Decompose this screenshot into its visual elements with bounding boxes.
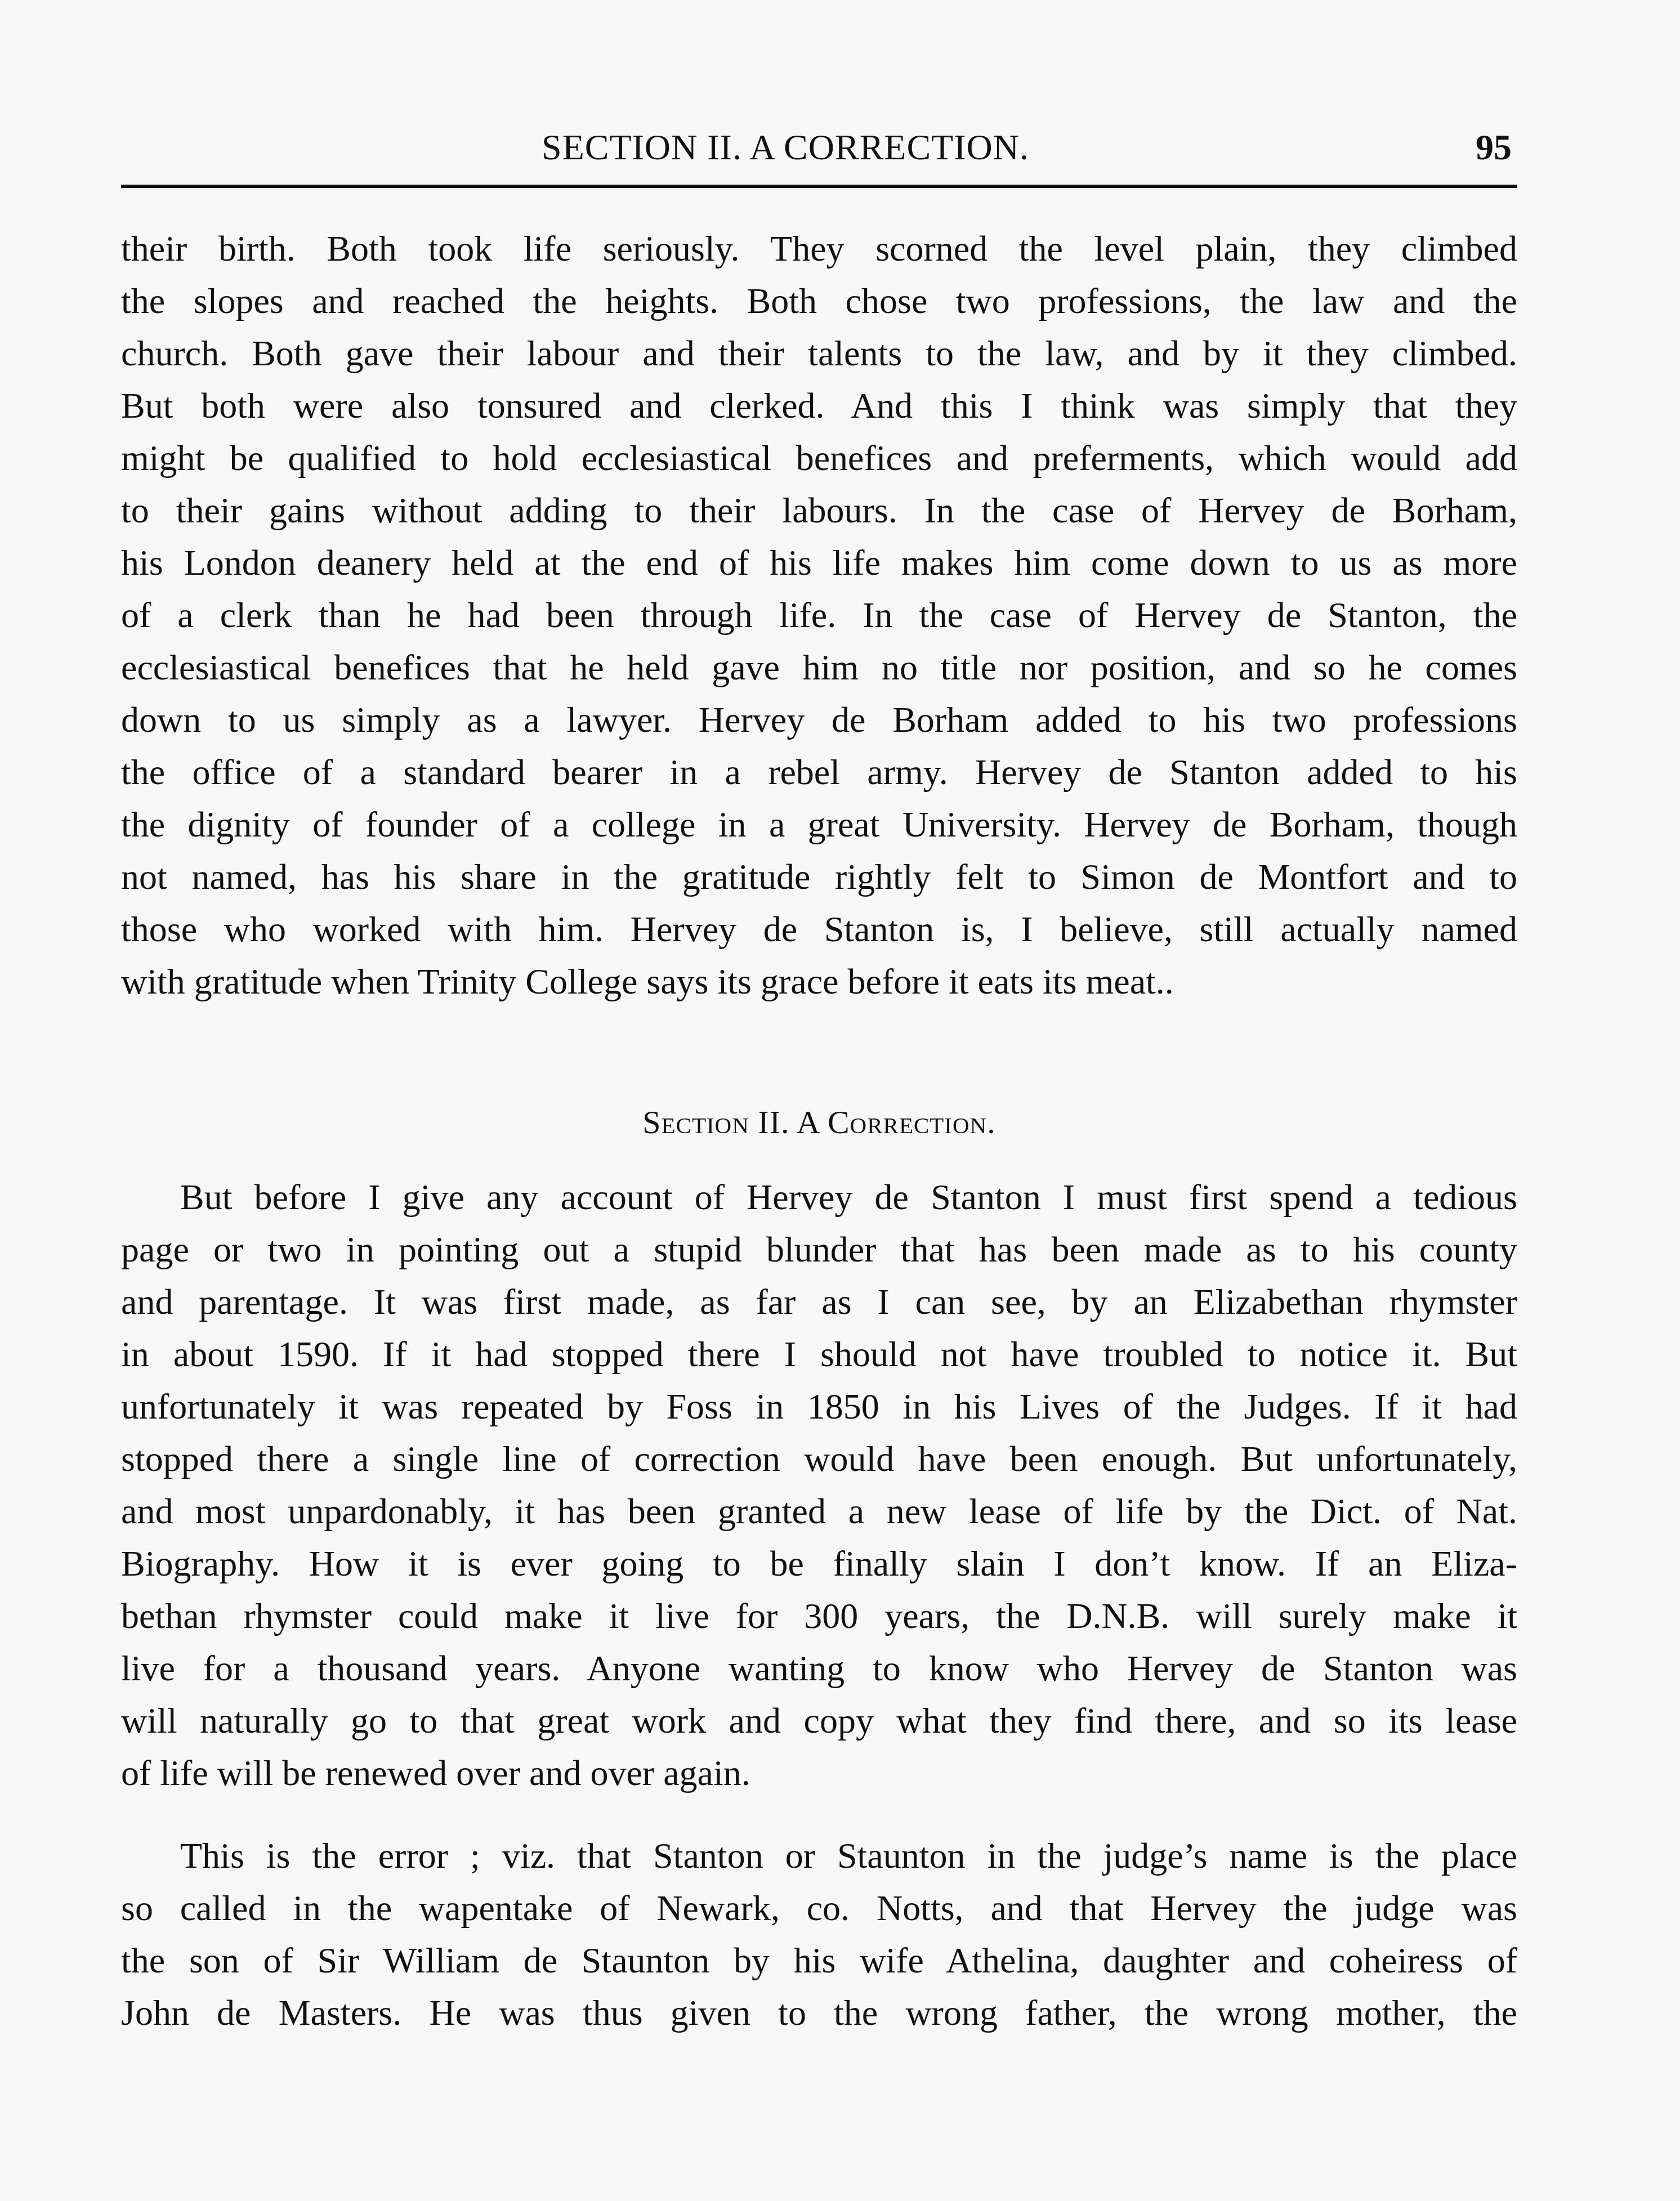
text-line: ecclesiastical benefices that he held ga…	[121, 641, 1517, 694]
text-line: the slopes and reached the heights. Both…	[121, 275, 1517, 327]
text-line: the office of a standard bearer in a reb…	[121, 746, 1517, 798]
text-line: their birth. Both took life seriously. T…	[121, 222, 1517, 275]
text-line: will naturally go to that great work and…	[121, 1694, 1517, 1747]
text-line: down to us simply as a lawyer. Hervey de…	[121, 694, 1517, 746]
text-line: so called in the wapentake of Newark, co…	[121, 1882, 1517, 1934]
text-line: not named, has his share in the gratitud…	[121, 851, 1517, 903]
header-rule	[121, 185, 1517, 188]
running-head-title: SECTION II. A CORRECTION.	[121, 127, 1517, 168]
text-line: to their gains without adding to their l…	[121, 484, 1517, 536]
text-line: stopped there a single line of correctio…	[121, 1433, 1517, 1485]
text-line: with gratitude when Trinity College says…	[121, 955, 1517, 1008]
text-line: the son of Sir William de Staunton by hi…	[121, 1934, 1517, 1987]
text-line: in about 1590. If it had stopped there I…	[121, 1328, 1517, 1380]
text-line: might be qualified to hold ecclesiastica…	[121, 432, 1517, 484]
running-head: SECTION II. A CORRECTION. 95	[121, 127, 1517, 177]
text-line: bethan rhymster could make it live for 3…	[121, 1590, 1517, 1642]
text-line: and most unpardonably, it has been grant…	[121, 1485, 1517, 1537]
text-line: Biography. How it is ever going to be fi…	[121, 1537, 1517, 1590]
text-line: live for a thousand years. Anyone wantin…	[121, 1642, 1517, 1694]
section-heading: Section II. A Correction.	[121, 1103, 1517, 1141]
text-line: This is the error ; viz. that Stanton or…	[121, 1829, 1517, 1882]
text-line: of a clerk than he had been through life…	[121, 589, 1517, 641]
paragraph-3: This is the error ; viz. that Stanton or…	[121, 1829, 1517, 2039]
text-line: page or two in pointing out a stupid blu…	[121, 1223, 1517, 1276]
text-line: But both were also tonsured and clerked.…	[121, 379, 1517, 432]
text-line: But before I give any account of Hervey …	[121, 1171, 1517, 1223]
continued-paragraph: their birth. Both took life seriously. T…	[121, 222, 1517, 1008]
text-line: his London deanery held at the end of hi…	[121, 536, 1517, 589]
text-line: the dignity of founder of a college in a…	[121, 798, 1517, 851]
text-line: of life will be renewed over and over ag…	[121, 1747, 1517, 1799]
text-line: and parentage. It was first made, as far…	[121, 1276, 1517, 1328]
paragraph-2: But before I give any account of Hervey …	[121, 1171, 1517, 1799]
page-number: 95	[1476, 127, 1512, 168]
text-line: church. Both gave their labour and their…	[121, 327, 1517, 379]
text-line: John de Masters. He was thus given to th…	[121, 1987, 1517, 2039]
text-line: those who worked with him. Hervey de Sta…	[121, 903, 1517, 955]
text-line: unfortunately it was repeated by Foss in…	[121, 1380, 1517, 1433]
